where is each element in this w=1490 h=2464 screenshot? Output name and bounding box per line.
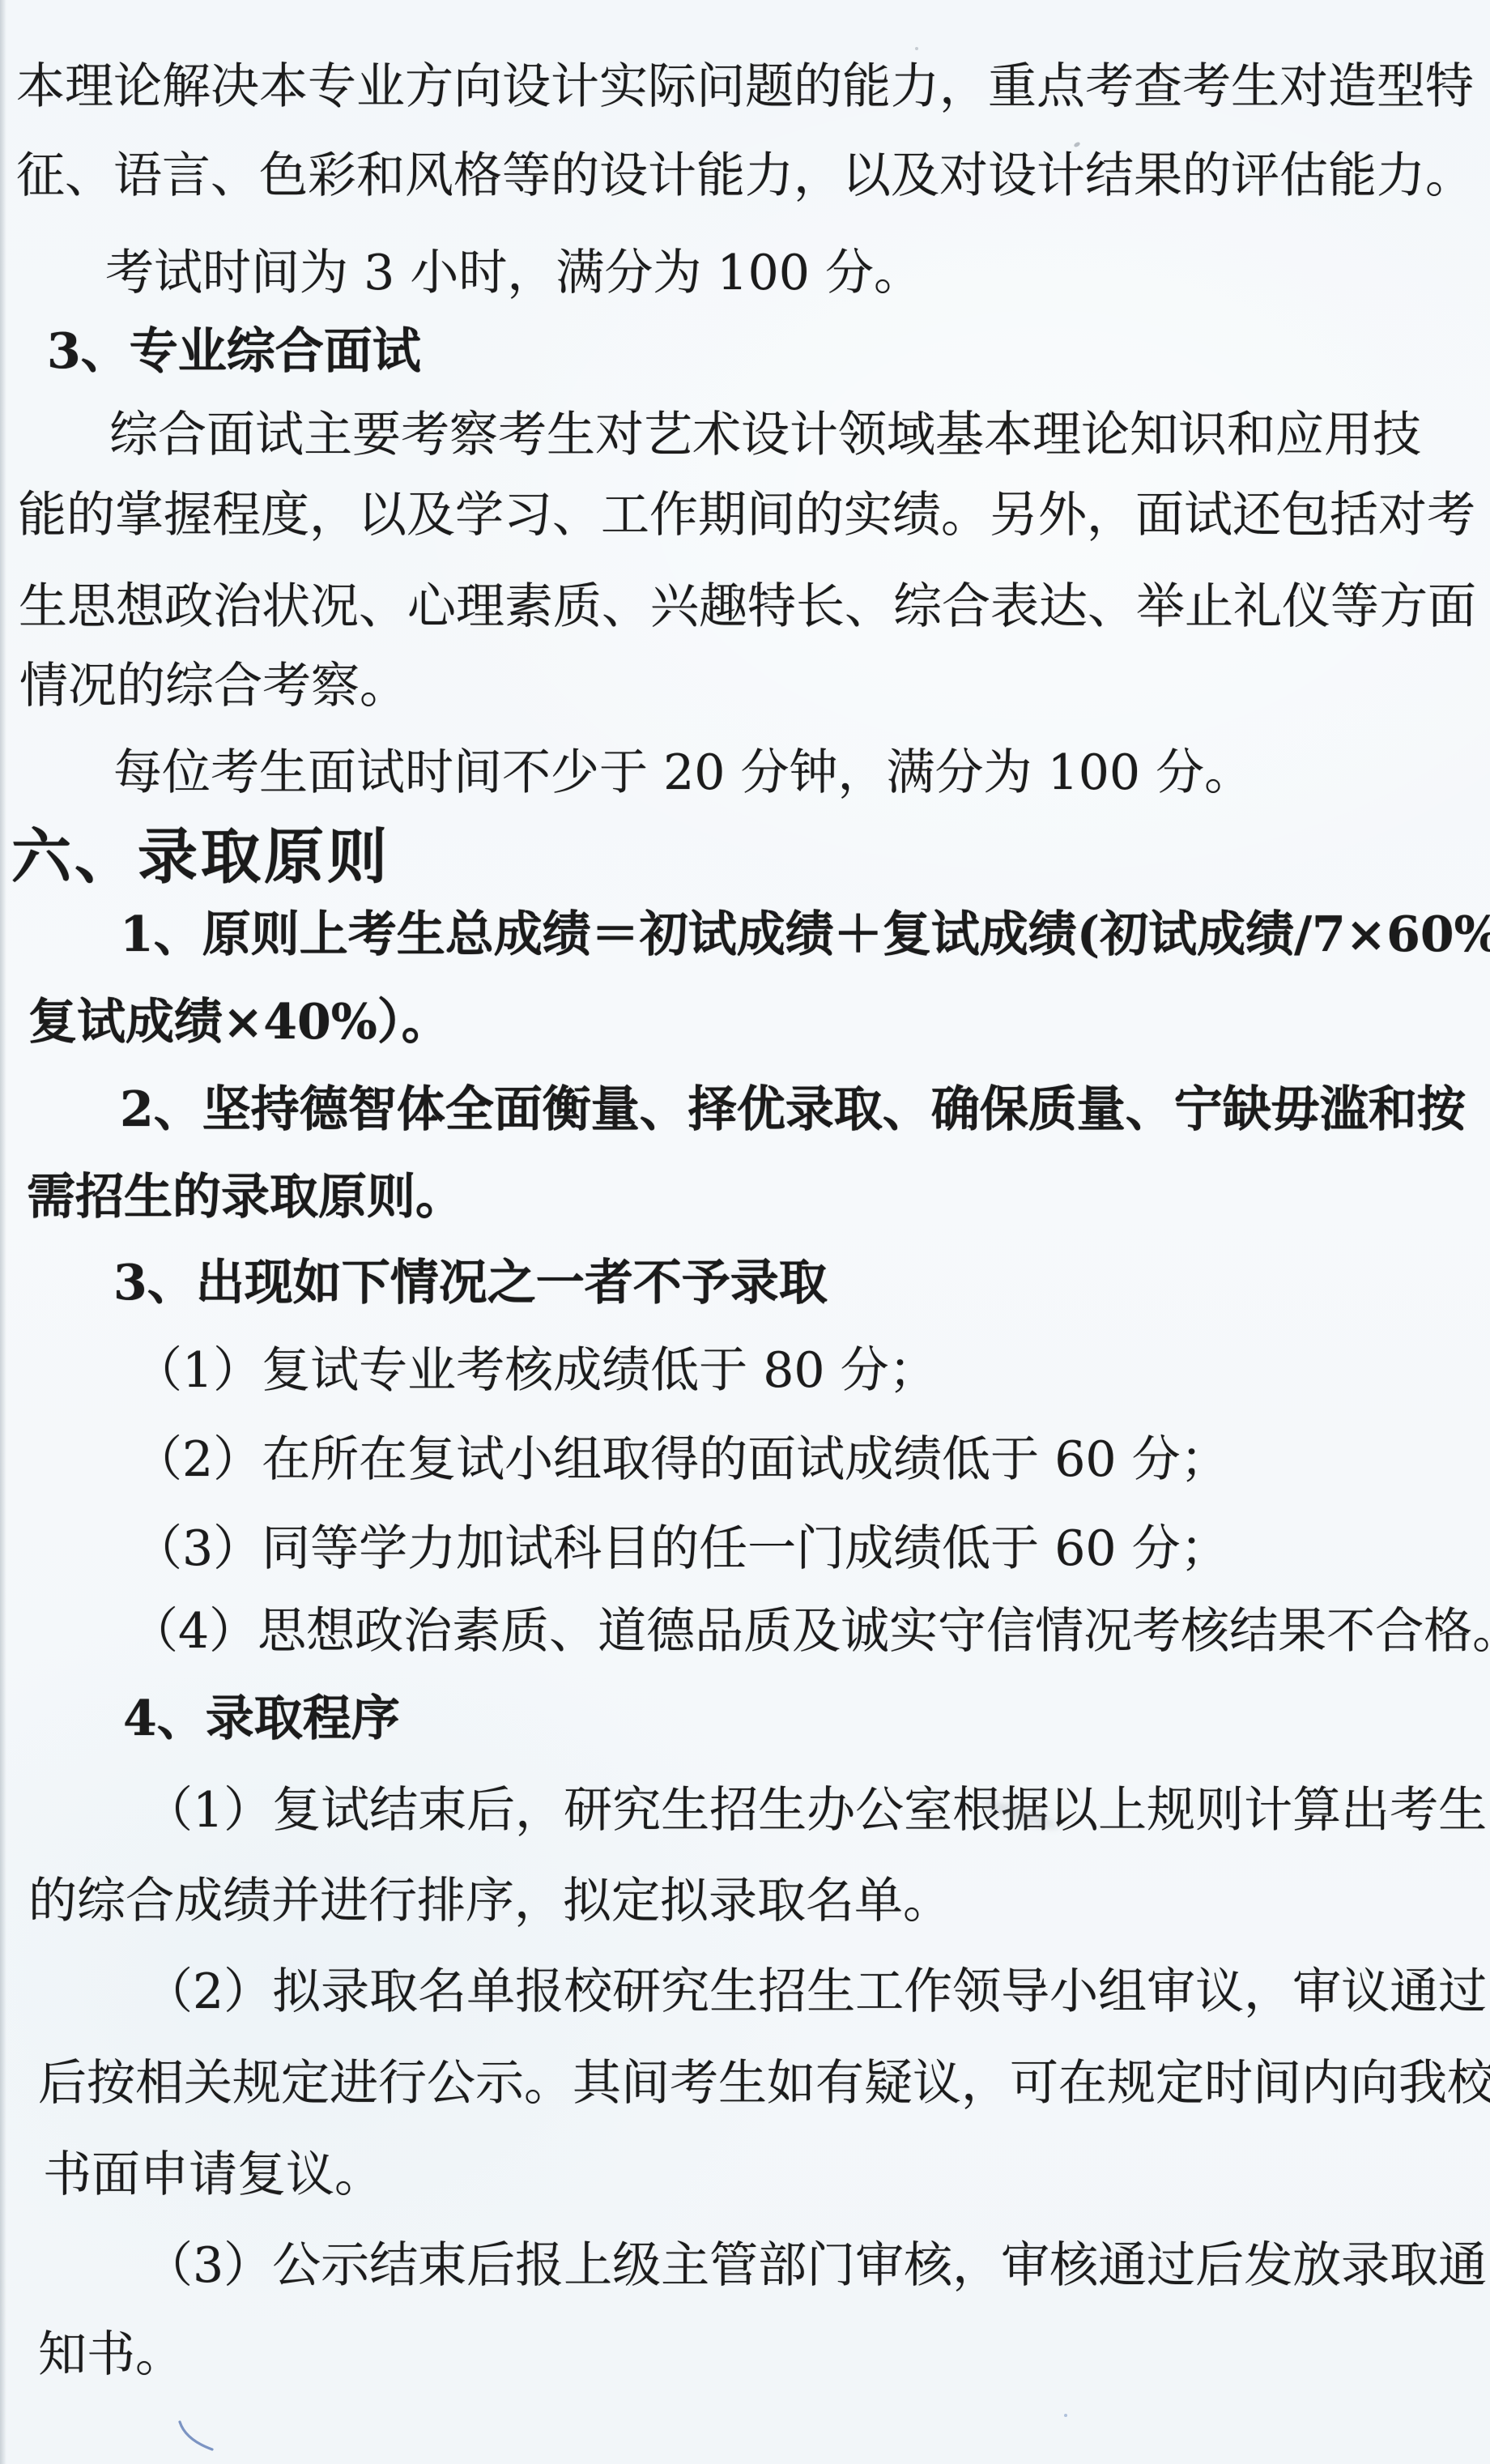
pen-stroke-mark <box>164 2407 236 2459</box>
subsection-heading-interview: 3、专业综合面试 <box>47 322 421 381</box>
paragraph-line: 征、语言、色彩和风格等的设计能力，以及对设计结果的评估能力。 <box>16 147 1474 205</box>
procedure-item-1-line-1: （1）复试结束后，研究生招生办公室根据以上规则计算出考生 <box>144 1781 1487 1839</box>
condition-item-4: （4）思想政治素质、道德品质及诚实守信情况考核结果不合格。 <box>130 1602 1490 1660</box>
score-formula-line-2: 复试成绩×40%）。 <box>28 993 450 1051</box>
principle-item-2-line-2: 需招生的录取原则。 <box>27 1168 464 1226</box>
procedure-item-2-line-1: （2）拟录取名单报校研究生招生工作领导小组审议，审议通过 <box>144 1963 1487 2021</box>
paragraph-line: 情况的综合考察。 <box>19 657 408 715</box>
scan-speck <box>1064 2414 1067 2417</box>
procedure-item-3-line-1: （3）公示结束后报上级主管部门审核，审核通过后发放录取通 <box>144 2236 1487 2295</box>
exam-duration-line: 考试时间为 3 小时，满分为 100 分。 <box>105 244 922 302</box>
procedure-item-2-line-3: 书面申请复议。 <box>43 2146 383 2204</box>
paragraph-line: 本理论解决本专业方向设计实际问题的能力，重点考查考生对造型特 <box>16 58 1474 116</box>
paragraph-line: 能的掌握程度，以及学习、工作期间的实绩。另外，面试还包括对考 <box>18 486 1475 544</box>
procedure-item-1-line-2: 的综合成绩并进行排序，拟定拟录取名单。 <box>28 1872 951 1930</box>
principle-item-2-line-1: 2、坚持德智体全面衡量、择优录取、确保质量、宁缺毋滥和按 <box>120 1081 1466 1139</box>
scan-edge-shadow <box>0 0 6 2464</box>
scanned-document-page: { "page": { "background": "#f4f8fa", "in… <box>0 0 1490 2464</box>
score-formula-line-1: 1、原则上考生总成绩＝初试成绩＋复试成绩(初试成绩/7×60%+ <box>120 906 1490 964</box>
paper-background: 本理论解决本专业方向设计实际问题的能力，重点考查考生对造型特 征、语言、色彩和风… <box>0 0 1490 2464</box>
condition-item-3: （3）同等学力加试科目的任一门成绩低于 60 分； <box>134 1520 1229 1578</box>
paragraph-line: 综合面试主要考察考生对艺术设计领域基本理论知识和应用技 <box>109 406 1421 464</box>
admission-procedure-heading: 4、录取程序 <box>123 1690 400 1748</box>
condition-item-1: （1）复试专业考核成绩低于 80 分； <box>134 1341 938 1400</box>
section-heading-admission-principles: 六、录取原则 <box>11 823 390 891</box>
interview-duration-line: 每位考生面试时间不少于 20 分钟，满分为 100 分。 <box>113 744 1253 802</box>
scan-speck <box>915 47 918 50</box>
rejection-conditions-heading: 3、出现如下情况之一者不予录取 <box>113 1254 828 1312</box>
paragraph-line: 生思想政治状况、心理素质、兴趣特长、综合表达、举止礼仪等方面 <box>19 578 1476 636</box>
procedure-item-2-line-2: 后按相关规定进行公示。其间考生如有疑议，可在规定时间内向我校 <box>38 2054 1490 2112</box>
condition-item-2: （2）在所在复试小组取得的面试成绩低于 60 分； <box>134 1430 1229 1489</box>
procedure-item-3-line-2: 知书。 <box>38 2325 184 2384</box>
